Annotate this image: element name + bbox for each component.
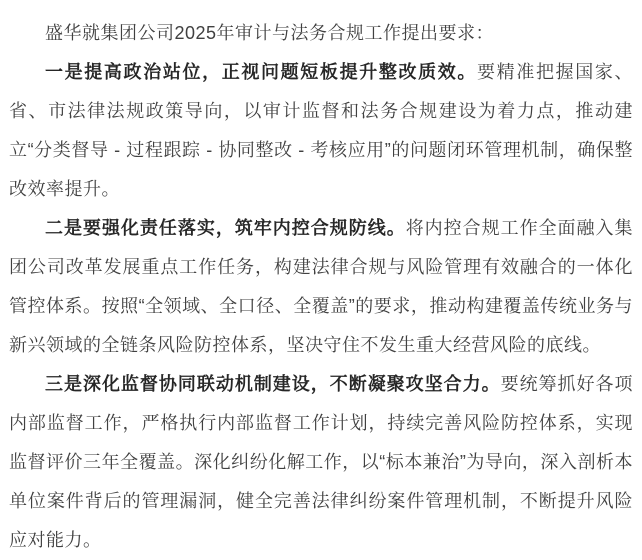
paragraph-2: 二是要强化责任落实，筑牢内控合规防线。将内控合规工作全面融入集团公司改革发展重点…: [9, 209, 633, 365]
paragraph-1-body: 要精准把握国家、省、市法律法规政策导向，以审计监督和法务合规建设为着力点，推动建…: [9, 62, 633, 199]
paragraph-1-lead: 一是提高政治站位，正视问题短板提升整改质效。: [45, 62, 477, 82]
paragraph-3-body: 要统筹抓好各项内部监督工作，严格执行内部监督工作计划，持续完善风险防控体系，实现…: [9, 374, 633, 550]
paragraph-3-lead: 三是深化监督协同联动机制建设，不断凝聚攻坚合力。: [45, 374, 501, 394]
paragraph-2-lead: 二是要强化责任落实，筑牢内控合规防线。: [45, 218, 406, 238]
document-title: 盛华就集团公司2025年审计与法务合规工作提出要求：: [9, 14, 633, 53]
document-page: 盛华就集团公司2025年审计与法务合规工作提出要求： 一是提高政治站位，正视问题…: [0, 0, 642, 560]
paragraph-3: 三是深化监督协同联动机制建设，不断凝聚攻坚合力。要统筹抓好各项内部监督工作，严格…: [9, 365, 633, 560]
paragraph-1: 一是提高政治站位，正视问题短板提升整改质效。要精准把握国家、省、市法律法规政策导…: [9, 53, 633, 209]
paragraph-2-body: 将内控合规工作全面融入集团公司改革发展重点工作任务，构建法律合规与风险管理有效融…: [9, 218, 633, 355]
